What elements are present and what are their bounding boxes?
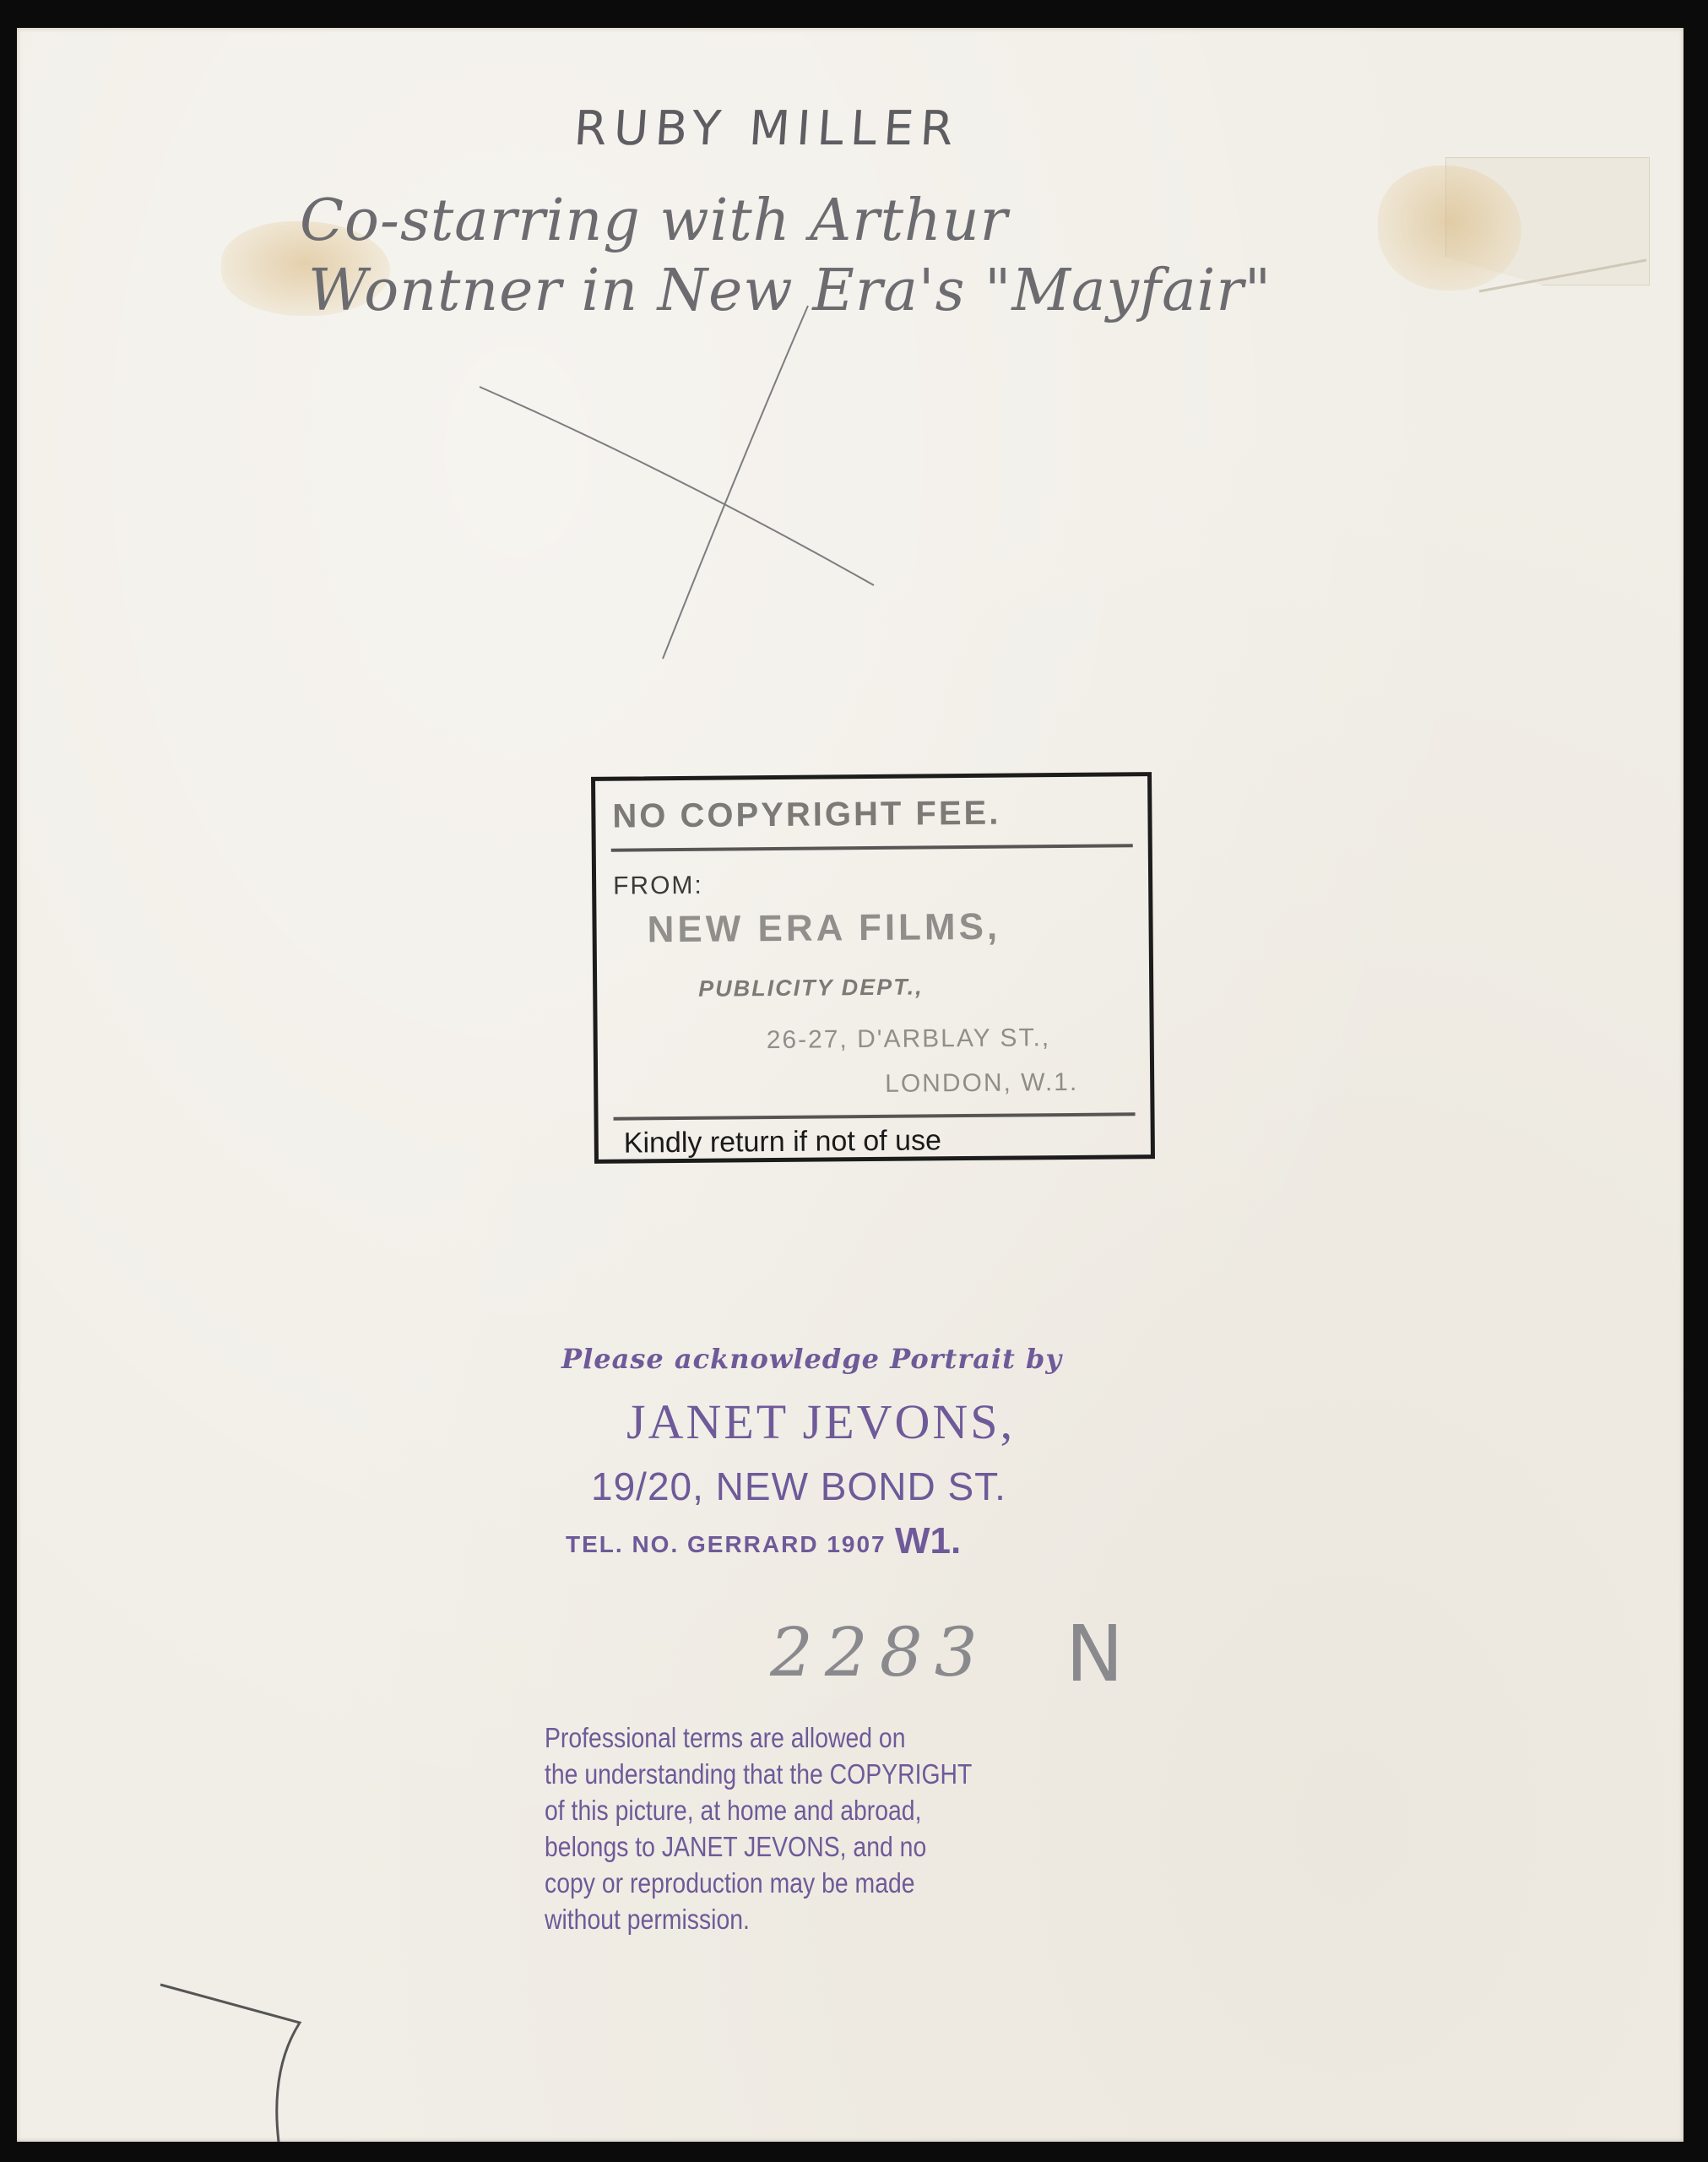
handwritten-name: RUBY MILLER <box>572 101 962 156</box>
stamp-return-note: Kindly return if not of use <box>624 1124 941 1160</box>
copyright-line-6: without permission. <box>545 1901 972 1937</box>
handwritten-caption-line-1: Co-starring with Arthur <box>300 187 1008 254</box>
pencil-crop-mark <box>160 1985 300 2142</box>
acknowledge-line: Please acknowledge Portrait by <box>561 1343 1062 1375</box>
stamp-title: NO COPYRIGHT FEE. <box>612 795 1000 836</box>
stamp-from-label: FROM: <box>613 872 703 901</box>
stamp-company: NEW ERA FILMS, <box>647 906 1000 952</box>
stamp-rule-top <box>611 844 1133 851</box>
stamp-department: PUBLICITY DEPT., <box>698 974 924 1002</box>
pencil-cross-line-b <box>663 306 808 659</box>
tape-tear-line <box>1479 260 1646 291</box>
pencil-cross-line-a <box>480 387 874 585</box>
postal-district: W1. <box>895 1520 961 1562</box>
copyright-line-2: the understanding that the COPYRIGHT <box>545 1756 972 1792</box>
handwritten-reference-letter: N <box>1065 1609 1136 1699</box>
publicity-stamp: NO COPYRIGHT FEE. FROM: NEW ERA FILMS, P… <box>591 772 1155 1164</box>
copyright-line-1: Professional terms are allowed on <box>545 1719 972 1756</box>
copyright-line-5: copy or reproduction may be made <box>545 1865 972 1901</box>
copyright-notice: Professional terms are allowed on the un… <box>545 1719 972 1937</box>
handwritten-reference-number: 2283 <box>770 1613 990 1692</box>
copyright-line-3: of this picture, at home and abroad, <box>545 1792 972 1828</box>
stamp-city: LONDON, W.1. <box>885 1068 1078 1099</box>
stamp-address: 26-27, D'ARBLAY ST., <box>767 1024 1051 1055</box>
handwritten-caption-line-2: Wontner in New Era's "Mayfair" <box>308 258 1272 324</box>
copyright-line-4: belongs to JANET JEVONS, and no <box>545 1828 972 1865</box>
stamp-rule-bottom <box>614 1112 1136 1120</box>
photographer-telephone: TEL. NO. GERRARD 1907 <box>566 1531 887 1558</box>
photographer-address: 19/20, NEW BOND ST. <box>591 1464 1006 1509</box>
photographer-name: JANET JEVONS, <box>626 1393 1015 1450</box>
